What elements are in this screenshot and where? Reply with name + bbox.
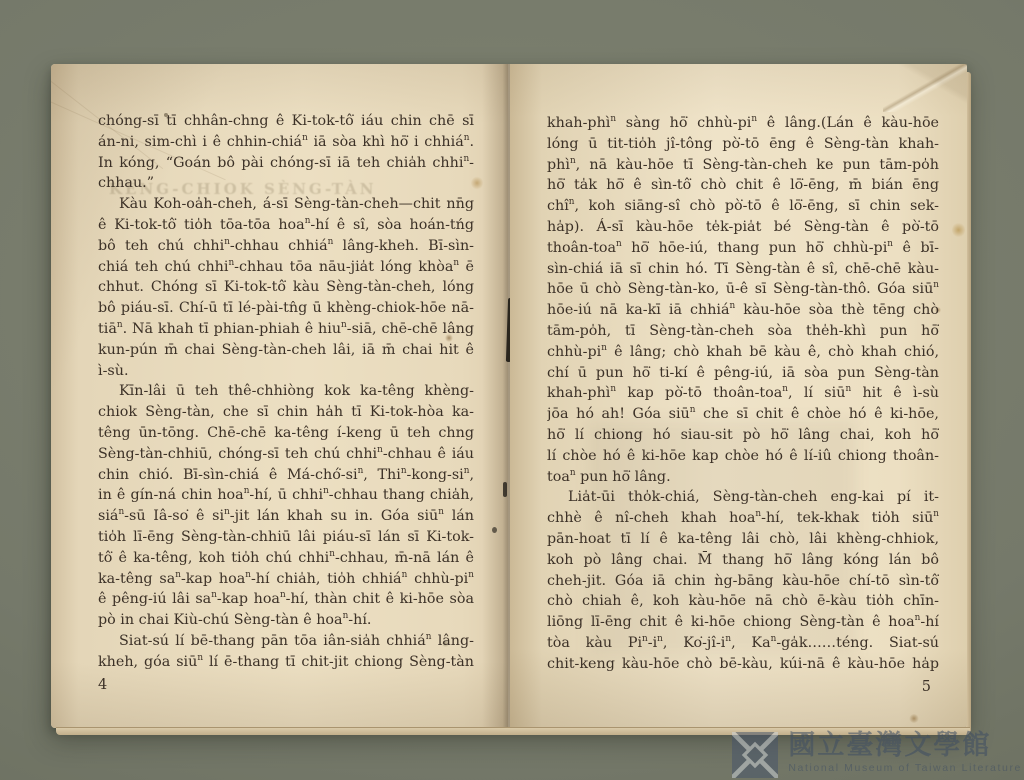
text-line: pān-hoat tī lí ê ka-têng lâi chò, lâi kh…	[547, 529, 939, 550]
text-line: in ê gín-ná chin hoan-hí, ū chhin-chhau …	[98, 485, 474, 506]
text-line: tiān. Nā khah tī phian-phiah ê hiun-siā,…	[98, 319, 474, 340]
text-line: thoân-toan hō͘ hōe-iú, thang pun hō͘ chh…	[547, 238, 939, 259]
text-line: ha̍p). Á-sī kàu-hōe te̍k-pia̍t bé Sèng-t…	[547, 217, 939, 238]
text-line: chhè ê nî-cheh khah hoan-hí, tek-khak ti…	[547, 508, 939, 529]
text-line: ka-têng san-kap hoan-hí chia̍h, tio̍h ch…	[98, 569, 474, 590]
text-line: bô piáu-sī. Chí-ū tī lé-pài-tn̂g ū khèng…	[98, 298, 474, 319]
text-line: Siat-sú lí bē-thang pān tōa iân-sia̍h ch…	[98, 631, 474, 652]
text-line: chiok Sèng-tàn, che sī chin ha̍h tī Ki-t…	[98, 402, 474, 423]
text-line: In kóng, “Goán bô pài chóng-sī iā teh ch…	[98, 153, 474, 174]
text-line: kheh, góa siūn lí ē-thang tī chit-jit ch…	[98, 652, 474, 673]
text-line: lóng ū tit-tio̍h jî-tông pò͘-tō ēng ê Sè…	[547, 134, 939, 155]
text-line: Lia̍t-ūi tho̍k-chiá, Sèng-tàn-cheh eng-k…	[547, 487, 939, 508]
text-line: têng ūn-tōng. Chē-chē ka-têng í-keng ū t…	[98, 423, 474, 444]
text-line: ê pêng-iú lâi san-kap hoan-hí, thàn chit…	[98, 589, 474, 610]
museum-logo-icon	[732, 732, 778, 778]
text-line: Kàu Koh-oa̍h-cheh, á-sī Sèng-tàn-cheh—ch…	[98, 194, 474, 215]
text-line: ì-sù.	[98, 361, 474, 382]
text-line: tòa kàu Pin-in, Ko͘-jî-in, Kan-ga̍k……tén…	[547, 633, 939, 654]
text-line: tio̍h lī-ēng Sèng-tàn-chhiū lâi piáu-sī …	[98, 527, 474, 548]
text-line: lí chòe hó ê ki-hōe kap chòe hó ê lí-iû …	[547, 446, 939, 467]
text-line: bô teh chú chhin-chhau chhián lâng-kheh.…	[98, 236, 474, 257]
page-right-text-block: khah-phìn sàng hō͘ chhù-pin ê lâng.(Lán …	[547, 113, 939, 697]
text-line: ê Ki-tok-tô͘ tio̍h tōa-tōa hoan-hí ê sî,…	[98, 215, 474, 236]
text-line: jōa hó ah! Góa siūn che sī chit ê chòe h…	[547, 404, 939, 425]
photo-backdrop: KÈNG-CHIOK SÈNG-TÀN chóng-sī tī chhân-ch…	[0, 0, 1024, 780]
text-line: chhau.”	[98, 173, 474, 194]
text-line: tô͘ ê ka-têng, koh tio̍h chú chhin-chhau…	[98, 548, 474, 569]
text-line: chí ū pun hō͘ ti-kí ê pêng-iú, iā sòa pu…	[547, 363, 939, 384]
page-left-text-block: chóng-sī tī chhân-chng ê Ki-tok-tô͘ iáu …	[98, 111, 474, 695]
stain	[909, 714, 919, 723]
text-line: chin chió. Bī-sìn-chiá ê Má-chó͘-sin, Th…	[98, 465, 474, 486]
text-line: tām-po̍h, tī Sèng-tàn-cheh sòa the̍h-khì…	[547, 321, 939, 342]
text-line: hō͘ ta̍k hō͘ ê sìn-tô͘ chò chit ê lō͘-ēn…	[547, 175, 939, 196]
text-line: chò chiah ê, koh kàu-hōe nā chò ē-kàu ti…	[547, 591, 939, 612]
text-line: khah-phìn kap pò͘-tō thoân-toan, lí siūn…	[547, 383, 939, 404]
page-number-right: 5	[547, 677, 939, 698]
text-line: hōe-iú nā ka-kī iā chhián kàu-hōe sòa th…	[547, 300, 939, 321]
text-line: pò in chai Kiù-chú Sèng-tàn ê hoan-hí.	[98, 610, 474, 631]
museum-watermark: 國立臺灣文學館 National Museum of Taiwan Litera…	[732, 730, 1022, 778]
text-line: hōe ū chò Sèng-tàn-ko, ū-ê sī Sèng-tàn-t…	[547, 279, 939, 300]
text-line: Kīn-lâi ū teh thê-chhiòng kok ka-têng kh…	[98, 381, 474, 402]
text-line: chit-keng kàu-hōe chò bē-kàu, kúi-nā ê k…	[547, 654, 939, 675]
text-line: phìn, nā kàu-hōe tī Sèng-tàn-cheh ke pun…	[547, 155, 939, 176]
stain	[952, 222, 965, 238]
text-line: chiá teh chú chhin-chhau tōa nāu-jia̍t l…	[98, 257, 474, 278]
text-line: chóng-sī tī chhân-chng ê Ki-tok-tô͘ iáu …	[98, 111, 474, 132]
text-line: cheh-jit. Góa iā chin ǹg-bāng kàu-hōe ch…	[547, 571, 939, 592]
page-left: KÈNG-CHIOK SÈNG-TÀN chóng-sī tī chhân-ch…	[51, 64, 508, 728]
text-line: chîn, koh siāng-sî chò pò͘-tō ê lō͘-ēng,…	[547, 196, 939, 217]
text-line: chhù-pin ê lâng; chò khah bē kàu ê, chò …	[547, 342, 939, 363]
open-book: KÈNG-CHIOK SÈNG-TÀN chóng-sī tī chhân-ch…	[51, 64, 967, 728]
text-line: koh pò lâng chai. M̄ thang hō͘ lâng kóng…	[547, 550, 939, 571]
text-line: hō͘ lí chiong hó siau-sit pò hō͘ lâng ch…	[547, 425, 939, 446]
museum-name-english: National Museum of Taiwan Literature	[788, 762, 1022, 775]
text-line: liōng lī-ēng chit ê ki-hōe chiong Sèng-t…	[547, 612, 939, 633]
page-right: khah-phìn sàng hō͘ chhù-pin ê lâng.(Lán …	[510, 64, 967, 728]
text-line: sián-sū Iâ-so͘ ê sin-jit lán khah su in.…	[98, 506, 474, 527]
text-line: chhut. Chóng sī Ki-tok-tô͘ kàu Sèng-tàn-…	[98, 277, 474, 298]
text-line: toan pun hō͘ lâng.	[547, 467, 939, 488]
text-line: kun-pún m̄ chai Sèng-tàn-cheh lâi, iā m̄…	[98, 340, 474, 361]
text-line: Sèng-tàn-chhiū, chóng-sī teh chú chhin-c…	[98, 444, 474, 465]
text-line: khah-phìn sàng hō͘ chhù-pin ê lâng.(Lán …	[547, 113, 939, 134]
text-line: án-ni, sim-chì i ê chhin-chián iā sòa kh…	[98, 132, 474, 153]
page-number-left: 4	[98, 675, 474, 696]
museum-name: 國立臺灣文學館 National Museum of Taiwan Litera…	[788, 730, 1022, 775]
text-line: sìn-chiá iā sī chin hó. Tī Sèng-tàn ê sî…	[547, 259, 939, 280]
